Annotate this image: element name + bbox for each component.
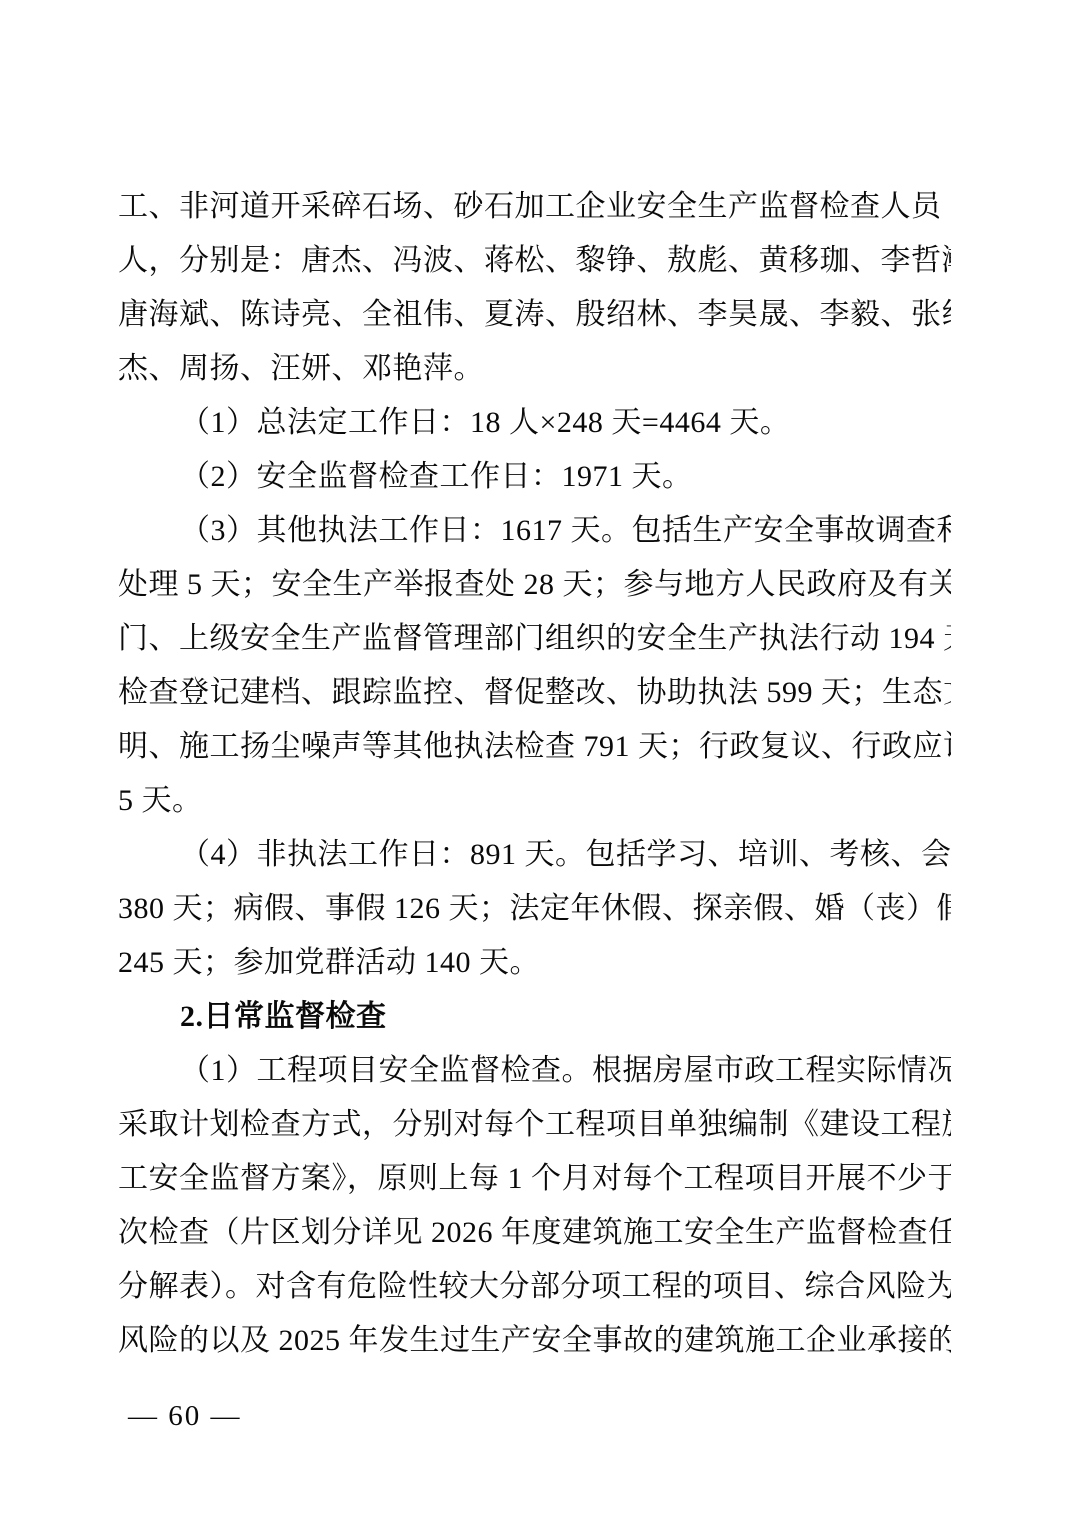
text-line: 工、非河道开采碎石场、砂石加工企业安全生产监督检查人员 18 (118, 180, 951, 234)
paragraph: （1）总法定工作日：18 人×248 天=4464 天。 (118, 396, 951, 450)
paragraph: 工、非河道开采碎石场、砂石加工企业安全生产监督检查人员 18 人，分别是：唐杰、… (118, 180, 951, 396)
text-line: 杰、周扬、汪妍、邓艳萍。 (118, 342, 951, 396)
document-page: 工、非河道开采碎石场、砂石加工企业安全生产监督检查人员 18 人，分别是：唐杰、… (0, 0, 1074, 1520)
text-line: 门、上级安全生产监督管理部门组织的安全生产执法行动 194 天； (118, 612, 951, 666)
text-line: （1）工程项目安全监督检查。根据房屋市政工程实际情况， (118, 1044, 951, 1098)
text-line: 处理 5 天；安全生产举报查处 28 天；参与地方人民政府及有关部 (118, 558, 951, 612)
text-line: 人，分别是：唐杰、冯波、蒋松、黎铮、敖彪、黄移珈、李哲瀚、 (118, 234, 951, 288)
document-body: 工、非河道开采碎石场、砂石加工企业安全生产监督检查人员 18 人，分别是：唐杰、… (118, 180, 951, 1368)
text-line: 380 天；病假、事假 126 天；法定年休假、探亲假、婚（丧）假 (118, 882, 951, 936)
text-line: 次检查（片区划分详见 2026 年度建筑施工安全生产监督检查任务 (118, 1206, 951, 1260)
text-line: （4）非执法工作日：891 天。包括学习、培训、考核、会议 (118, 828, 951, 882)
paragraph: （3）其他执法工作日：1617 天。包括生产安全事故调查和 处理 5 天；安全生… (118, 504, 951, 828)
text-line: 245 天；参加党群活动 140 天。 (118, 936, 951, 990)
text-line: （1）总法定工作日：18 人×248 天=4464 天。 (118, 396, 951, 450)
text-line: 采取计划检查方式，分别对每个工程项目单独编制《建设工程施 (118, 1098, 951, 1152)
text-line: 明、施工扬尘噪声等其他执法检查 791 天；行政复议、行政应诉 (118, 720, 951, 774)
text-line: 工安全监督方案》，原则上每 1 个月对每个工程项目开展不少于 1 (118, 1152, 951, 1206)
section-heading: 2.日常监督检查 (118, 990, 951, 1044)
text-line: （2）安全监督检查工作日：1971 天。 (118, 450, 951, 504)
paragraph: （1）工程项目安全监督检查。根据房屋市政工程实际情况， 采取计划检查方式，分别对… (118, 1044, 951, 1368)
text-line: 唐海斌、陈诗亮、全祖伟、夏涛、殷绍林、李昊晟、李毅、张红 (118, 288, 951, 342)
page-number: — 60 — (128, 1396, 242, 1436)
paragraph: （2）安全监督检查工作日：1971 天。 (118, 450, 951, 504)
text-line: （3）其他执法工作日：1617 天。包括生产安全事故调查和 (118, 504, 951, 558)
text-line: 5 天。 (118, 774, 951, 828)
paragraph: （4）非执法工作日：891 天。包括学习、培训、考核、会议 380 天；病假、事… (118, 828, 951, 990)
text-line: 风险的以及 2025 年发生过生产安全事故的建筑施工企业承接的 (118, 1314, 951, 1368)
text-line: 分解表）。对含有危险性较大分部分项工程的项目、综合风险为高 (118, 1260, 951, 1314)
section-heading-text: 2.日常监督检查 (118, 990, 951, 1044)
text-line: 检查登记建档、跟踪监控、督促整改、协助执法 599 天；生态文 (118, 666, 951, 720)
